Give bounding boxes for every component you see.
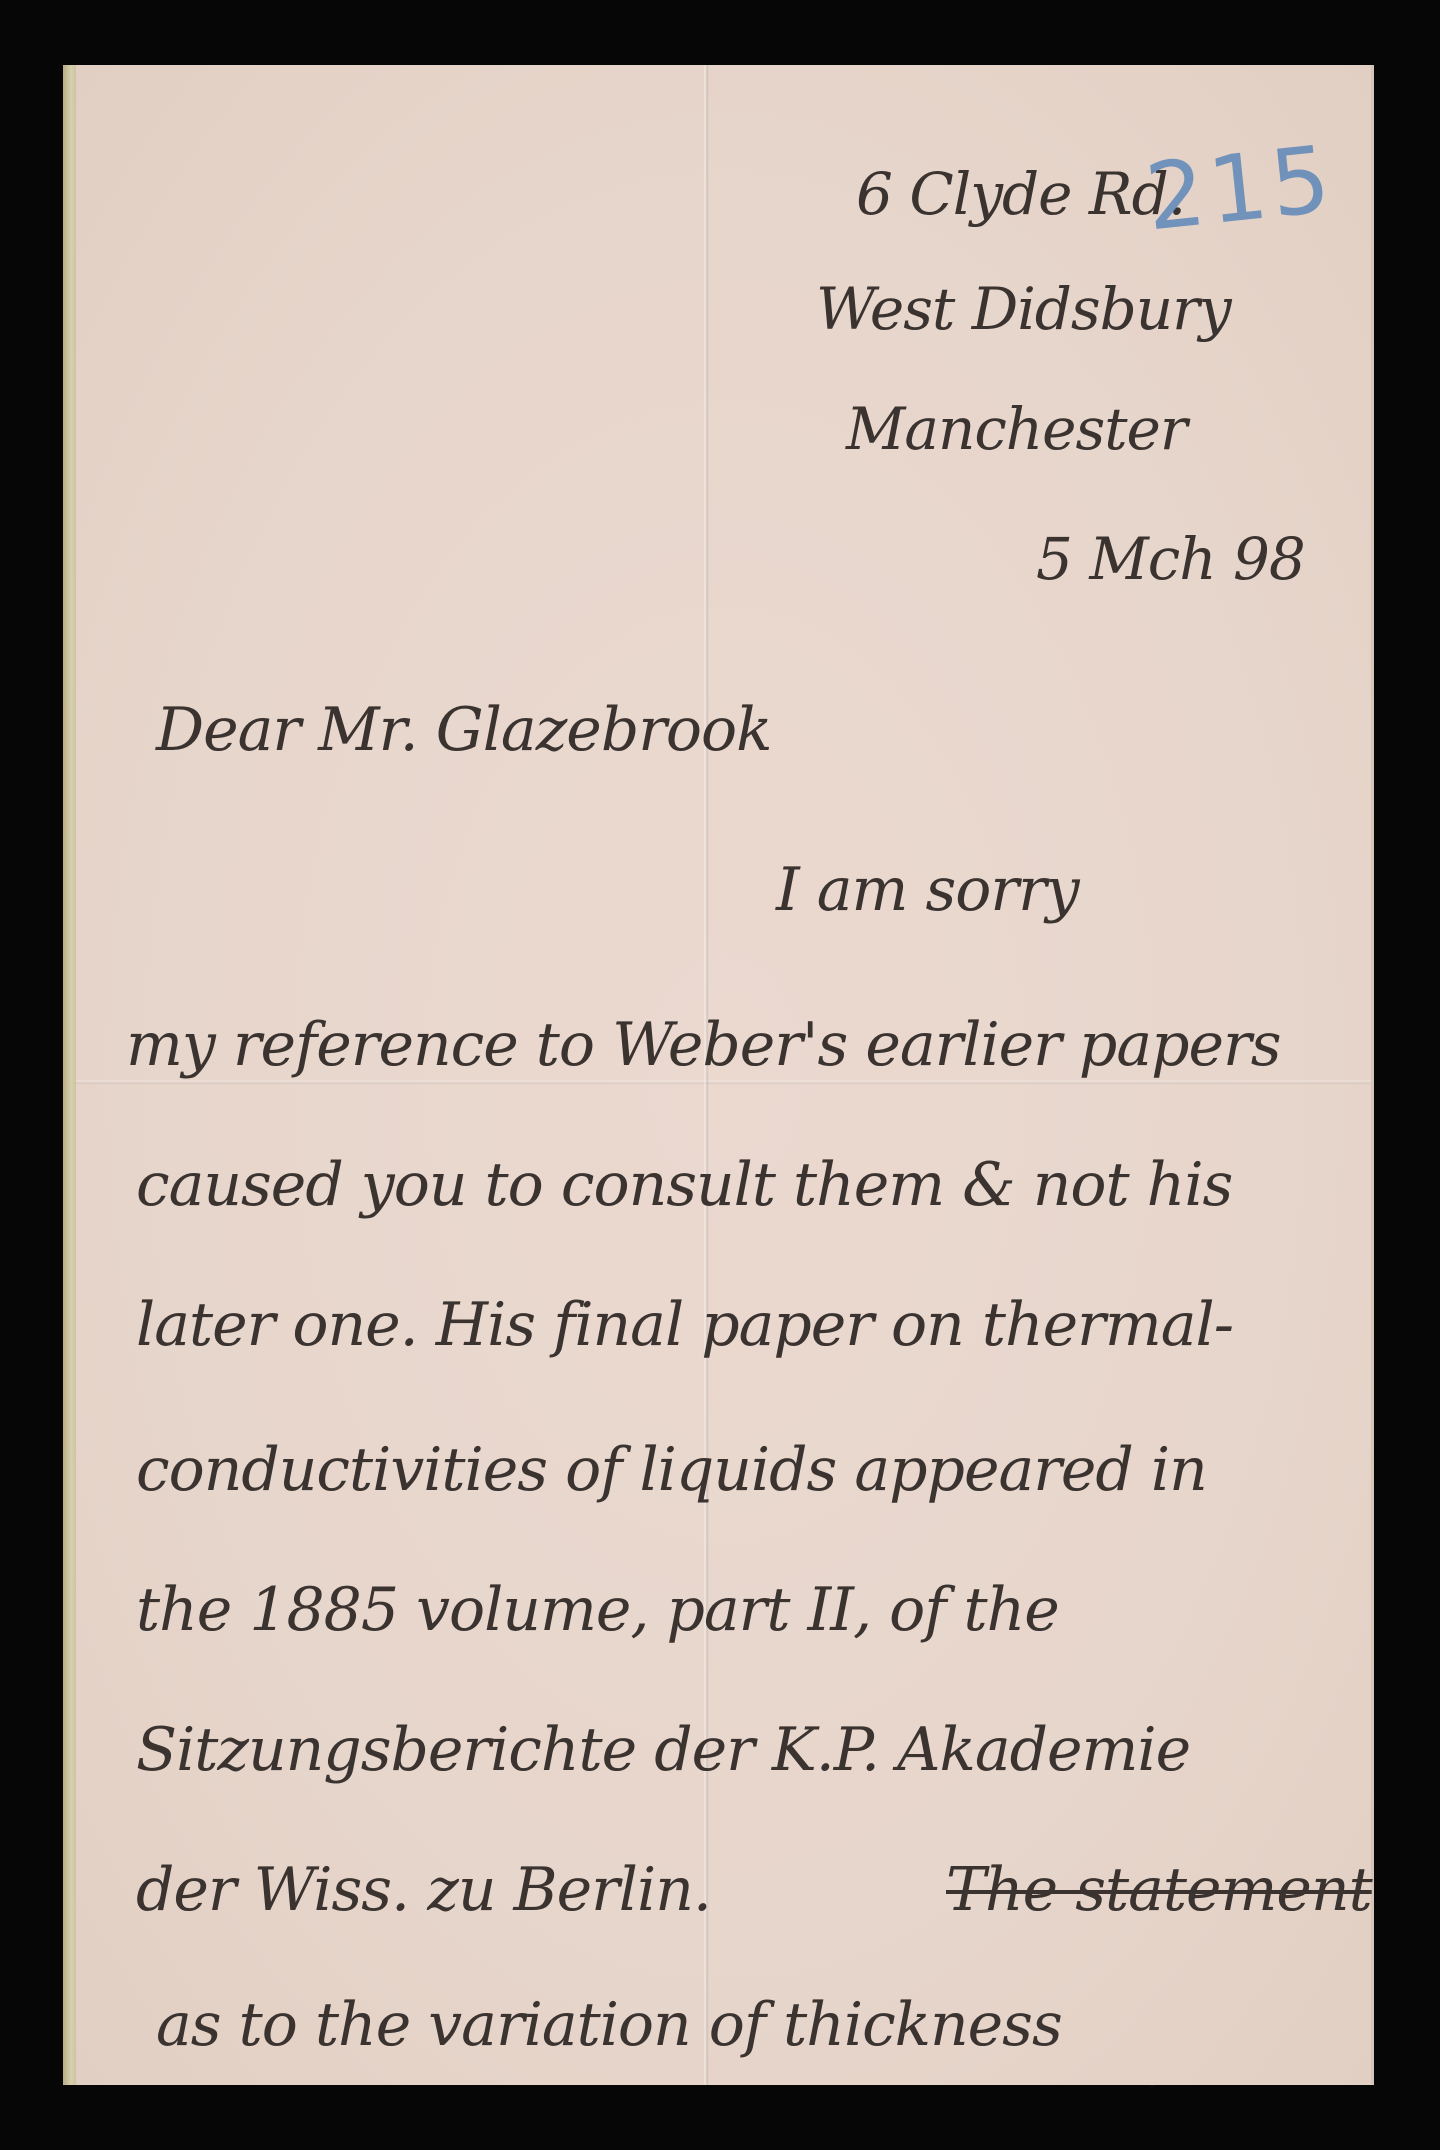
letter-date: 5 Mch 98 xyxy=(1036,525,1305,593)
address-line-town: West Didsbury xyxy=(816,275,1231,343)
body-line-9: as to the variation of thickness xyxy=(156,1990,1062,2060)
body-line-2: my reference to Weber's earlier papers xyxy=(126,1010,1281,1080)
body-line-4: later one. His final paper on thermal- xyxy=(136,1290,1233,1360)
address-line-city: Manchester xyxy=(846,395,1187,463)
body-line-6: the 1885 volume, part II, of the xyxy=(136,1575,1059,1645)
body-line-7: Sitzungsberichte der K.P. Akademie xyxy=(136,1715,1190,1785)
body-line-1: I am sorry xyxy=(776,855,1079,925)
address-line-street: 6 Clyde Rd. xyxy=(856,160,1185,228)
catalog-number: 215 xyxy=(1141,125,1339,251)
body-line-5: conductivities of liquids appeared in xyxy=(136,1435,1207,1505)
body-line-3: caused you to consult them & not his xyxy=(136,1150,1232,1220)
body-line-8: der Wiss. zu Berlin. xyxy=(136,1855,711,1925)
body-line-8-struck-text: The statement xyxy=(946,1855,1372,1925)
letter-page: 6 Clyde Rd. 215 West Didsbury Manchester… xyxy=(76,65,1374,2085)
salutation: Dear Mr. Glazebrook xyxy=(156,695,772,765)
